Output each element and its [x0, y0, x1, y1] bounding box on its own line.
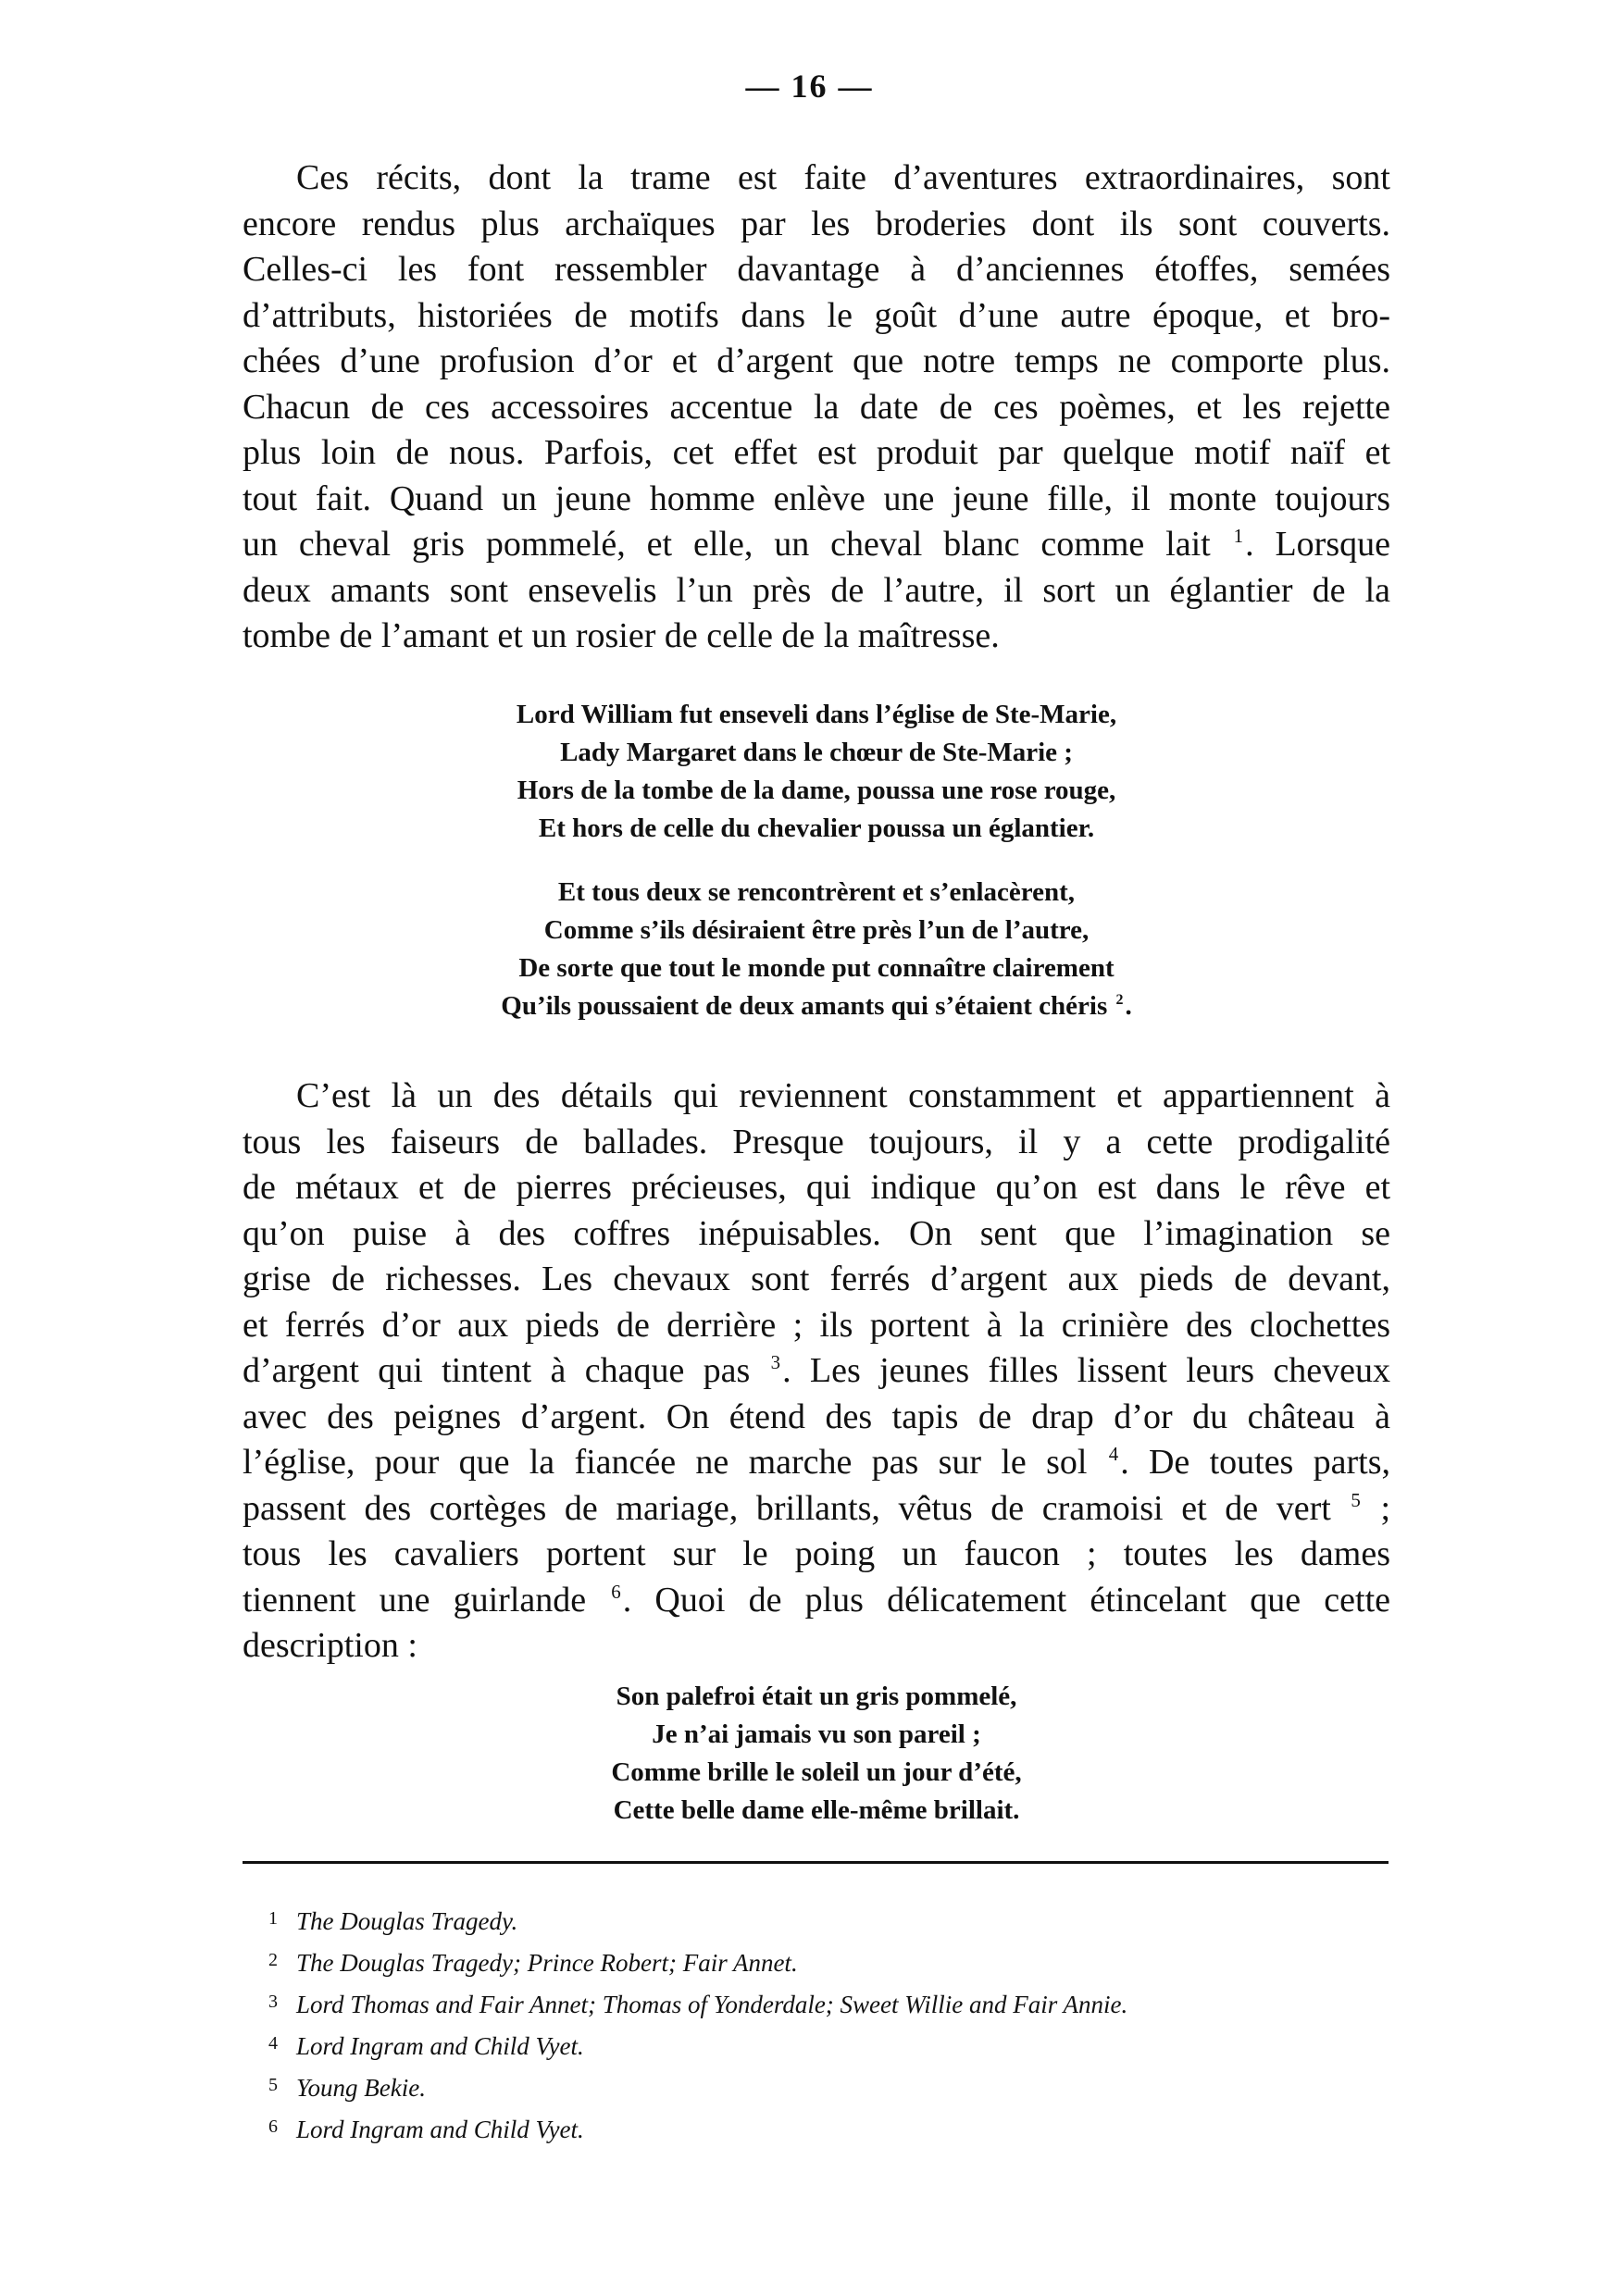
text-segment: Qu’ils poussaient de deux amants qui s’é…: [501, 991, 1107, 1021]
text-line: Ces récits, dont la trame est faite d’av…: [243, 155, 1390, 202]
page-number: — 16 —: [0, 67, 1619, 105]
verse-line: Et hors de celle du chevalier poussa un …: [243, 810, 1390, 848]
footnote-item: 4Lord Ingram and Child Vyet.: [268, 2024, 1398, 2066]
text-line: tombe de l’amant et un rosier de celle d…: [243, 614, 1390, 660]
text-line-with-footnote: d’argent qui tintent à chaque pas 3. Les…: [243, 1348, 1390, 1395]
verse-line: Je n’ai jamais vu son pareil ;: [243, 1716, 1390, 1754]
text-line: avec des peignes d’argent. On étend des …: [243, 1395, 1390, 1441]
text-segment: . Lorsque: [1245, 525, 1390, 564]
text-line: tous les cavaliers portent sur le poing …: [243, 1532, 1390, 1578]
footnote-item: 1The Douglas Tragedy.: [268, 1899, 1398, 1941]
text-segment: un cheval gris pommelé, et elle, un chev…: [243, 525, 1211, 564]
text-line: plus loin de nous. Parfois, cet effet es…: [243, 430, 1390, 477]
text-segment: tiennent une guirlande: [243, 1581, 586, 1620]
verse-stanza-2: Et tous deux se rencontrèrent et s’enlac…: [243, 874, 1390, 1025]
footnote-text: Young Bekie.: [296, 2074, 426, 2102]
text-line: Chacun de ces accessoires accentue la da…: [243, 385, 1390, 431]
footnote-text: Lord Ingram and Child Vyet.: [296, 2032, 584, 2060]
footnote-item: 5Young Bekie.: [268, 2066, 1398, 2107]
footnote-number: 5: [268, 2066, 296, 2104]
text-line: tous les faiseurs de ballades. Presque t…: [243, 1120, 1390, 1166]
footnote-text: Lord Thomas and Fair Annet; Thomas of Yo…: [296, 1991, 1127, 2018]
footnote-divider: [243, 1861, 1389, 1864]
footnote-ref[interactable]: 3: [771, 1351, 780, 1373]
footnote-ref[interactable]: 5: [1351, 1489, 1360, 1511]
footnote-number: 2: [268, 1941, 296, 1980]
footnote-number: 6: [268, 2107, 296, 2146]
footnote-item: 6Lord Ingram and Child Vyet.: [268, 2107, 1398, 2149]
verse-line: Hors de la tombe de la dame, poussa une …: [243, 772, 1390, 810]
footnote-text: Lord Ingram and Child Vyet.: [296, 2116, 584, 2143]
footnote-text: The Douglas Tragedy; Prince Robert; Fair…: [296, 1949, 798, 1977]
verse-line: Lady Margaret dans le chœur de Ste-Marie…: [243, 734, 1390, 772]
text-line-with-footnote: un cheval gris pommelé, et elle, un chev…: [243, 522, 1390, 568]
text-line-with-footnote: passent des cortèges de mariage, brillan…: [243, 1486, 1390, 1533]
text-line: C’est là un des détails qui reviennent c…: [243, 1074, 1390, 1120]
paragraph-1: Ces récits, dont la trame est faite d’av…: [243, 155, 1390, 660]
verse-line: Cette belle dame elle-même brillait.: [243, 1792, 1390, 1830]
text-segment: ;: [1363, 1489, 1390, 1528]
footnote-ref[interactable]: 2: [1116, 992, 1124, 1008]
text-line: de métaux et de pierres précieuses, qui …: [243, 1165, 1390, 1211]
footnote-item: 3Lord Thomas and Fair Annet; Thomas of Y…: [268, 1982, 1398, 2024]
footnote-item: 2The Douglas Tragedy; Prince Robert; Fai…: [268, 1941, 1398, 1982]
text-segment: d’argent qui tintent à chaque pas: [243, 1351, 750, 1390]
footnotes: 1The Douglas Tragedy. 2The Douglas Trage…: [268, 1899, 1398, 2149]
text-line: et ferrés d’or aux pieds de derrière ; i…: [243, 1303, 1390, 1349]
text-segment: passent des cortèges de mariage, brillan…: [243, 1489, 1331, 1528]
text-line: tout fait. Quand un jeune homme enlève u…: [243, 477, 1390, 523]
footnote-number: 4: [268, 2024, 296, 2063]
text-line: Celles-ci les font ressembler davantage …: [243, 247, 1390, 293]
text-line: encore rendus plus archaïques par les br…: [243, 202, 1390, 248]
text-segment: .: [1125, 991, 1131, 1021]
verse-line: Comme brille le soleil un jour d’été,: [243, 1754, 1390, 1792]
text-line-with-footnote: tiennent une guirlande 6. Quoi de plus d…: [243, 1578, 1390, 1624]
footnote-ref[interactable]: 1: [1234, 525, 1243, 547]
text-segment: . De toutes parts,: [1120, 1443, 1390, 1482]
footnote-ref[interactable]: 4: [1109, 1443, 1118, 1465]
text-line: grise de richesses. Les chevaux sont fer…: [243, 1257, 1390, 1303]
text-line: chées d’une profusion d’or et d’argent q…: [243, 339, 1390, 385]
text-line: d’attributs, historiées de motifs dans l…: [243, 293, 1390, 340]
verse-line-with-footnote: Qu’ils poussaient de deux amants qui s’é…: [243, 987, 1390, 1025]
verse-line: De sorte que tout le monde put connaître…: [243, 949, 1390, 987]
verse-line: Comme s’ils désiraient être près l’un de…: [243, 912, 1390, 949]
text-line-with-footnote: l’église, pour que la fiancée ne marche …: [243, 1440, 1390, 1486]
verse-stanza-1: Lord William fut enseveli dans l’église …: [243, 696, 1390, 848]
paragraph-2: C’est là un des détails qui reviennent c…: [243, 1074, 1390, 1669]
text-line: description :: [243, 1623, 1390, 1669]
footnote-ref[interactable]: 6: [611, 1581, 620, 1603]
text-segment: l’église, pour que la fiancée ne marche …: [243, 1443, 1087, 1482]
text-line: qu’on puise à des coffres inépuisables. …: [243, 1211, 1390, 1258]
text-segment: . Les jeunes filles lissent leurs cheveu…: [782, 1351, 1390, 1390]
footnote-number: 3: [268, 1982, 296, 2021]
text-line: deux amants sont ensevelis l’un près de …: [243, 568, 1390, 614]
text-segment: . Quoi de plus délicatement étincelant q…: [623, 1581, 1390, 1620]
verse-line: Son palefroi était un gris pommelé,: [243, 1678, 1390, 1716]
verse-line: Et tous deux se rencontrèrent et s’enlac…: [243, 874, 1390, 912]
verse-stanza-3: Son palefroi était un gris pommelé, Je n…: [243, 1678, 1390, 1830]
footnote-text: The Douglas Tragedy.: [296, 1907, 517, 1935]
footnote-number: 1: [268, 1899, 296, 1938]
verse-line: Lord William fut enseveli dans l’église …: [243, 696, 1390, 734]
